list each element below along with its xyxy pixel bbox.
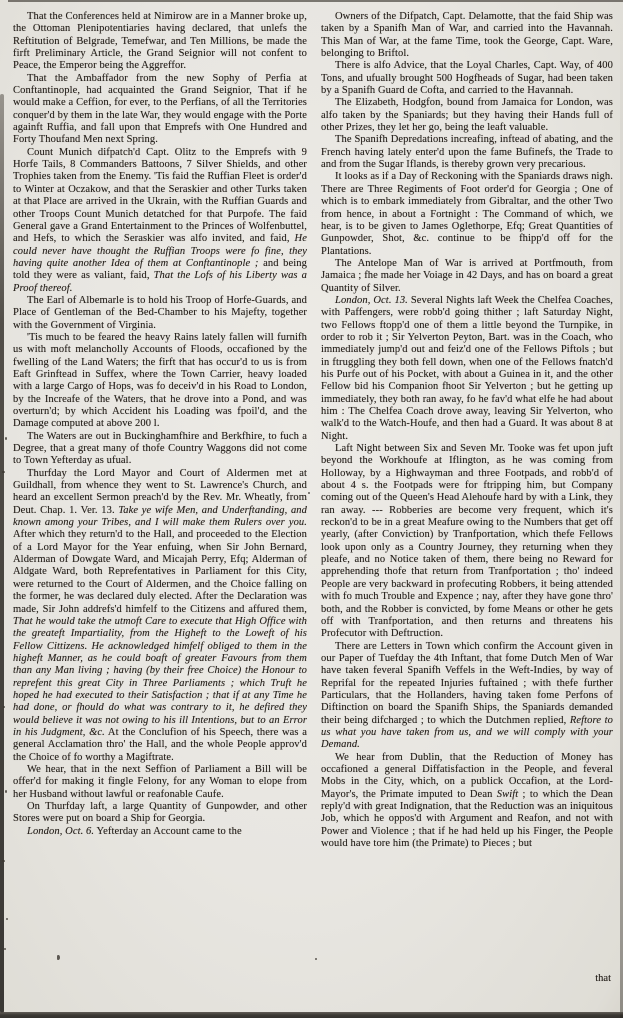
text-segment: That the Conferences held at Nimirow are… xyxy=(13,11,307,71)
ink-speck xyxy=(315,958,317,960)
catchword: that xyxy=(595,973,611,985)
italic-text-segment: London, Oct. 6. xyxy=(27,826,94,837)
text-segment: The Earl of Albemarle is to hold his Tro… xyxy=(13,295,307,331)
text-segment: It looks as if a Day of Reckoning with t… xyxy=(321,171,613,256)
text-segment: Count Munich difpatch'd Capt. Olitz to t… xyxy=(13,147,307,244)
text-segment: After which they return'd to the Hall, a… xyxy=(13,529,307,614)
scan-edge-left xyxy=(0,94,4,1013)
paragraph: London, Oct. 6. Yefterday an Account cam… xyxy=(13,826,307,838)
paragraph: The Waters are out in Buckinghamfhire an… xyxy=(13,431,307,468)
text-segment: 'Tis much to be feared the heavy Rains l… xyxy=(13,332,307,429)
paragraph: London, Oct. 13. Several Nights laft Wee… xyxy=(321,295,613,443)
right-column: Owners of the Difpatch, Capt. Delamotte,… xyxy=(321,11,613,1013)
paragraph: We hear, that in the next Seffion of Par… xyxy=(13,764,307,801)
paragraph: On Thurfday laft, a large Quantity of Gu… xyxy=(13,801,307,826)
paragraph: There are Letters in Town which confirm … xyxy=(321,641,613,752)
ink-speck xyxy=(308,492,310,494)
left-column: That the Conferences held at Nimirow are… xyxy=(13,11,307,1013)
paragraph: The Spanifh Depredations increafing, inf… xyxy=(321,134,613,171)
ink-speck xyxy=(2,860,5,862)
text-segment: Several Nights laft Week the Chelfea Coa… xyxy=(321,295,613,442)
ink-speck xyxy=(5,437,7,440)
text-segment: The Antelope Man of War is arrived at Po… xyxy=(321,258,613,294)
text-segment: Laft Night between Six and Seven Mr. Too… xyxy=(321,443,613,639)
paragraph: That the Conferences held at Nimirow are… xyxy=(13,11,307,73)
scan-edge-top xyxy=(8,0,623,2)
ink-speck xyxy=(3,706,5,708)
paragraph: The Elizabeth, Hodgfon, bound from Jamai… xyxy=(321,97,613,134)
ink-speck xyxy=(5,790,7,793)
paragraph: Laft Night between Six and Seven Mr. Too… xyxy=(321,443,613,641)
paragraph: There is alfo Advice, that the Loyal Cha… xyxy=(321,60,613,97)
text-segment: On Thurfday laft, a large Quantity of Gu… xyxy=(13,801,307,824)
text-segment: There are Letters in Town which confirm … xyxy=(321,641,613,726)
paragraph: We hear from Dublin, that the Reduction … xyxy=(321,752,613,851)
ink-speck xyxy=(6,918,8,920)
paragraph: Owners of the Difpatch, Capt. Delamotte,… xyxy=(321,11,613,60)
paragraph: The Antelope Man of War is arrived at Po… xyxy=(321,258,613,295)
ink-speck xyxy=(2,471,5,473)
italic-text-segment: London, Oct. 13. xyxy=(335,295,408,306)
text-segment: That the Ambaffador from the new Sophy o… xyxy=(13,73,307,146)
italic-text-segment: That he would take the utmoft Care to ex… xyxy=(13,616,307,738)
paragraph: Thurfday the Lord Mayor and Court of Ald… xyxy=(13,468,307,764)
text-segment: Owners of the Difpatch, Capt. Delamotte,… xyxy=(321,11,613,59)
italic-text-segment: Swift xyxy=(497,789,519,800)
text-segment: The Waters are out in Buckinghamfhire an… xyxy=(13,431,307,467)
paragraph: It looks as if a Day of Reckoning with t… xyxy=(321,171,613,257)
paragraph: The Earl of Albemarle is to hold his Tro… xyxy=(13,295,307,332)
newspaper-page: That the Conferences held at Nimirow are… xyxy=(0,0,623,1018)
text-segment: We hear, that in the next Seffion of Par… xyxy=(13,764,307,800)
ink-speck xyxy=(4,948,6,950)
paragraph: Count Munich difpatch'd Capt. Olitz to t… xyxy=(13,147,307,295)
text-segment: The Spanifh Depredations increafing, inf… xyxy=(321,134,613,170)
paragraph: 'Tis much to be feared the heavy Rains l… xyxy=(13,332,307,431)
paragraph: That the Ambaffador from the new Sophy o… xyxy=(13,73,307,147)
text-segment: There is alfo Advice, that the Loyal Cha… xyxy=(321,60,613,96)
text-segment: Yefterday an Account came to the xyxy=(94,826,242,837)
text-segment: The Elizabeth, Hodgfon, bound from Jamai… xyxy=(321,97,613,133)
